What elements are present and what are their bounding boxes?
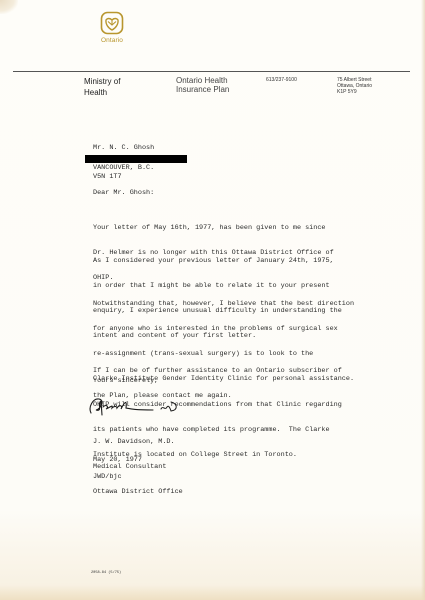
trillium-icon <box>100 11 124 35</box>
office-address: 75 Albert Street Ottawa, Ontario K1P 5Y9 <box>337 77 372 95</box>
text-line: for anyone who is interested in the prob… <box>93 325 354 333</box>
address-line-3: K1P 5Y9 <box>337 89 372 95</box>
ontario-logo: Ontario <box>93 11 131 53</box>
redacted-street-address <box>85 155 187 163</box>
letterhead-rule <box>13 71 410 72</box>
signer-block: J. W. Davidson, M.D. Medical Consultant … <box>93 421 183 513</box>
signer-name: J. W. Davidson, M.D. <box>93 438 183 446</box>
letter-date: May 20, 1977 <box>93 456 142 464</box>
text-line: Notwithstanding that, however, I believe… <box>93 300 354 308</box>
paper-edge-shadow <box>421 0 425 600</box>
program-name: Ontario Health Insurance Plan <box>176 76 229 94</box>
salutation: Dear Mr. Ghosh: <box>93 189 154 197</box>
ministry-line-2: Health <box>84 87 120 98</box>
reference-initials: JWD/bjc <box>93 473 122 481</box>
recipient-name: Mr. N. C. Ghosh <box>93 144 154 152</box>
text-line: Your letter of May 16th, 1977, has been … <box>93 224 334 232</box>
program-line-2: Insurance Plan <box>176 85 229 94</box>
program-line-1: Ontario Health <box>176 76 229 85</box>
ministry-name: Ministry of Health <box>84 76 120 98</box>
letter-page: Ontario Ministry of Health Ontario Healt… <box>0 0 425 600</box>
paper-bottom-stain <box>0 585 425 600</box>
text-line: As I considered your previous letter of … <box>93 257 342 265</box>
recipient-postal: V5N 1T7 <box>93 173 122 181</box>
text-line: If I can be of further assistance to an … <box>93 367 342 375</box>
ministry-line-1: Ministry of <box>84 76 120 87</box>
signer-office: Ottawa District Office <box>93 488 183 496</box>
logo-text: Ontario <box>101 37 123 44</box>
closing: Yours sincerely, <box>93 377 158 385</box>
recipient-city: VANCOUVER, B.C. <box>93 164 154 172</box>
paper-corner-fold <box>0 0 18 14</box>
handwritten-signature <box>85 393 200 419</box>
form-number: 2058-84 (5/75) <box>91 571 121 575</box>
phone-number: 613/237-9100 <box>266 77 297 83</box>
